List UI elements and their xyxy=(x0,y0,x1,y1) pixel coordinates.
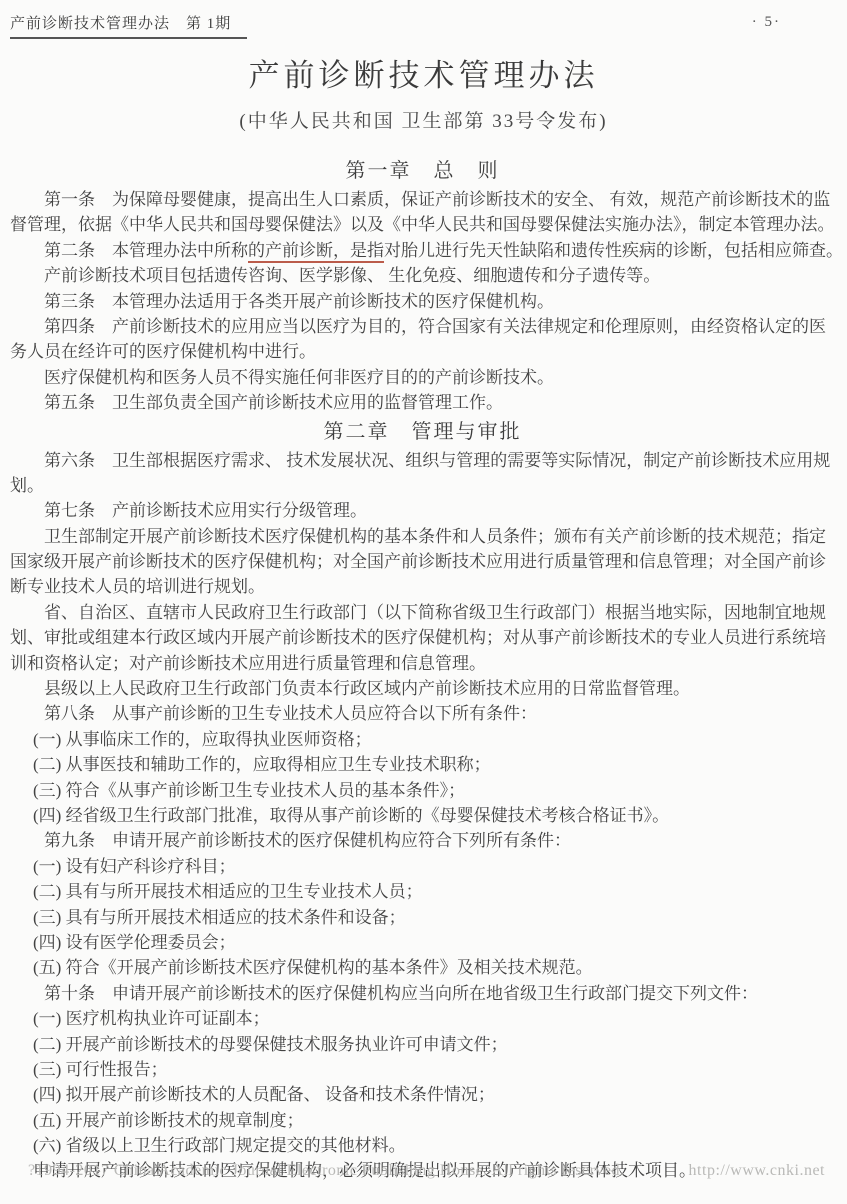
text-line: (三) 符合《从事产前诊断卫生专业技术人员的基本条件》； xyxy=(10,778,835,803)
text-line: (三) 具有与所开展技术相适应的技术条件和设备； xyxy=(10,905,835,930)
page-number: · 5· xyxy=(752,14,781,31)
text-line: (二) 从事医技和辅助工作的，应取得相应卫生专业技术职称； xyxy=(10,752,835,777)
text-line: (五) 符合《开展产前诊断技术医疗保健机构的基本条件》及相关技术规范。 xyxy=(10,955,835,980)
text-line: 第二条 本管理办法中所称的产前诊断，是指对胎儿进行先天性缺陷和遗传性疾病的诊断，… xyxy=(10,238,835,263)
text-line: (二) 具有与所开展技术相适应的卫生专业技术人员； xyxy=(10,879,835,904)
text-line: 第一条 为保障母婴健康，提高出生人口素质，保证产前诊断技术的安全、 有效，规范产… xyxy=(10,187,835,212)
text-line: 第四条 产前诊断技术的应用应当以医疗为目的，符合国家有关法律规定和伦理原则，由经… xyxy=(10,314,835,339)
running-header-title: 产前诊断技术管理办法 第 1期 xyxy=(10,12,247,39)
copyright-text: ?1994-2017 China Academic Journal Electr… xyxy=(28,1162,625,1180)
text-line: (四) 设有医学伦理委员会； xyxy=(10,930,835,955)
chapter-heading: 第一章 总 则 xyxy=(10,155,835,187)
watermark-url: http://www.cnki.net xyxy=(689,1162,825,1180)
text-line: 划。 xyxy=(10,473,835,498)
text-line: 县级以上人民政府卫生行政部门负责本行政区域内产前诊断技术应用的日常监督管理。 xyxy=(10,676,835,701)
document-subtitle: (中华人民共和国 卫生部第 33号令发布) xyxy=(0,106,847,133)
text-line: (一) 设有妇产科诊疗科目； xyxy=(10,854,835,879)
text-line: 产前诊断技术项目包括遗传咨询、医学影像、 生化免疫、细胞遗传和分子遗传等。 xyxy=(10,263,835,288)
text-line: 第三条 本管理办法适用于各类开展产前诊断技术的医疗保健机构。 xyxy=(10,289,835,314)
text-line: 断专业技术人员的培训进行规划。 xyxy=(10,574,835,599)
text-line: 第七条 产前诊断技术应用实行分级管理。 xyxy=(10,498,835,523)
text-line: (六) 省级以上卫生行政部门规定提交的其他材料。 xyxy=(10,1133,835,1158)
text-line: 省、自治区、直辖市人民政府卫生行政部门（以下简称省级卫生行政部门）根据当地实际，… xyxy=(10,600,835,625)
document-title: 产前诊断技术管理办法 xyxy=(0,50,847,95)
text-line: (一) 从事临床工作的，应取得执业医师资格； xyxy=(10,727,835,752)
text-line: 督管理，依据《中华人民共和国母婴保健法》以及《中华人民共和国母婴保健法实施办法》… xyxy=(10,212,835,237)
text-line: 医疗保健机构和医务人员不得实施任何非医疗目的的产前诊断技术。 xyxy=(10,365,835,390)
text-line: (一) 医疗机构执业许可证副本； xyxy=(10,1006,835,1031)
text-line: 第九条 申请开展产前诊断技术的医疗保健机构应符合下列所有条件： xyxy=(10,828,835,853)
text-line: 第六条 卫生部根据医疗需求、 技术发展状况、组织与管理的需要等实际情况，制定产前… xyxy=(10,448,835,473)
text-line: 训和资格认定；对产前诊断技术应用进行质量管理和信息管理。 xyxy=(10,651,835,676)
text-line: (四) 经省级卫生行政部门批准，取得从事产前诊断的《母婴保健技术考核合格证书》。 xyxy=(10,803,835,828)
copyright-watermark: ?1994-2017 China Academic Journal Electr… xyxy=(28,1162,825,1180)
text-line: 划、审批或组建本行政区域内开展产前诊断技术的医疗保健机构；对从事产前诊断技术的专… xyxy=(10,625,835,650)
text-line: (四) 拟开展产前诊断技术的人员配备、 设备和技术条件情况； xyxy=(10,1082,835,1107)
chapter-heading: 第二章 管理与审批 xyxy=(10,416,835,448)
text-line: 国家级开展产前诊断技术的医疗保健机构；对全国产前诊断技术应用进行质量管理和信息管… xyxy=(10,549,835,574)
text-line: 第五条 卫生部负责全国产前诊断技术应用的监督管理工作。 xyxy=(10,390,835,415)
text-line: 第八条 从事产前诊断的卫生专业技术人员应符合以下所有条件： xyxy=(10,701,835,726)
text-line: 务人员在经许可的医疗保健机构中进行。 xyxy=(10,339,835,364)
text-line: 第十条 申请开展产前诊断技术的医疗保健机构应当向所在地省级卫生行政部门提交下列文… xyxy=(10,981,835,1006)
text-line: 卫生部制定开展产前诊断技术医疗保健机构的基本条件和人员条件；颁布有关产前诊断的技… xyxy=(10,524,835,549)
document-page: 产前诊断技术管理办法 第 1期 · 5· 产前诊断技术管理办法 (中华人民共和国… xyxy=(0,0,847,1204)
running-header: 产前诊断技术管理办法 第 1期 · 5· xyxy=(10,12,847,36)
underlined-term: 的产前诊断，是指 xyxy=(248,241,384,263)
text-line: (三) 可行性报告； xyxy=(10,1057,835,1082)
text-line: (五) 开展产前诊断技术的规章制度； xyxy=(10,1108,835,1133)
document-body: 第一章 总 则第一条 为保障母婴健康，提高出生人口素质，保证产前诊断技术的安全、… xyxy=(10,155,835,1184)
text-line: (二) 开展产前诊断技术的母婴保健技术服务执业许可申请文件； xyxy=(10,1032,835,1057)
